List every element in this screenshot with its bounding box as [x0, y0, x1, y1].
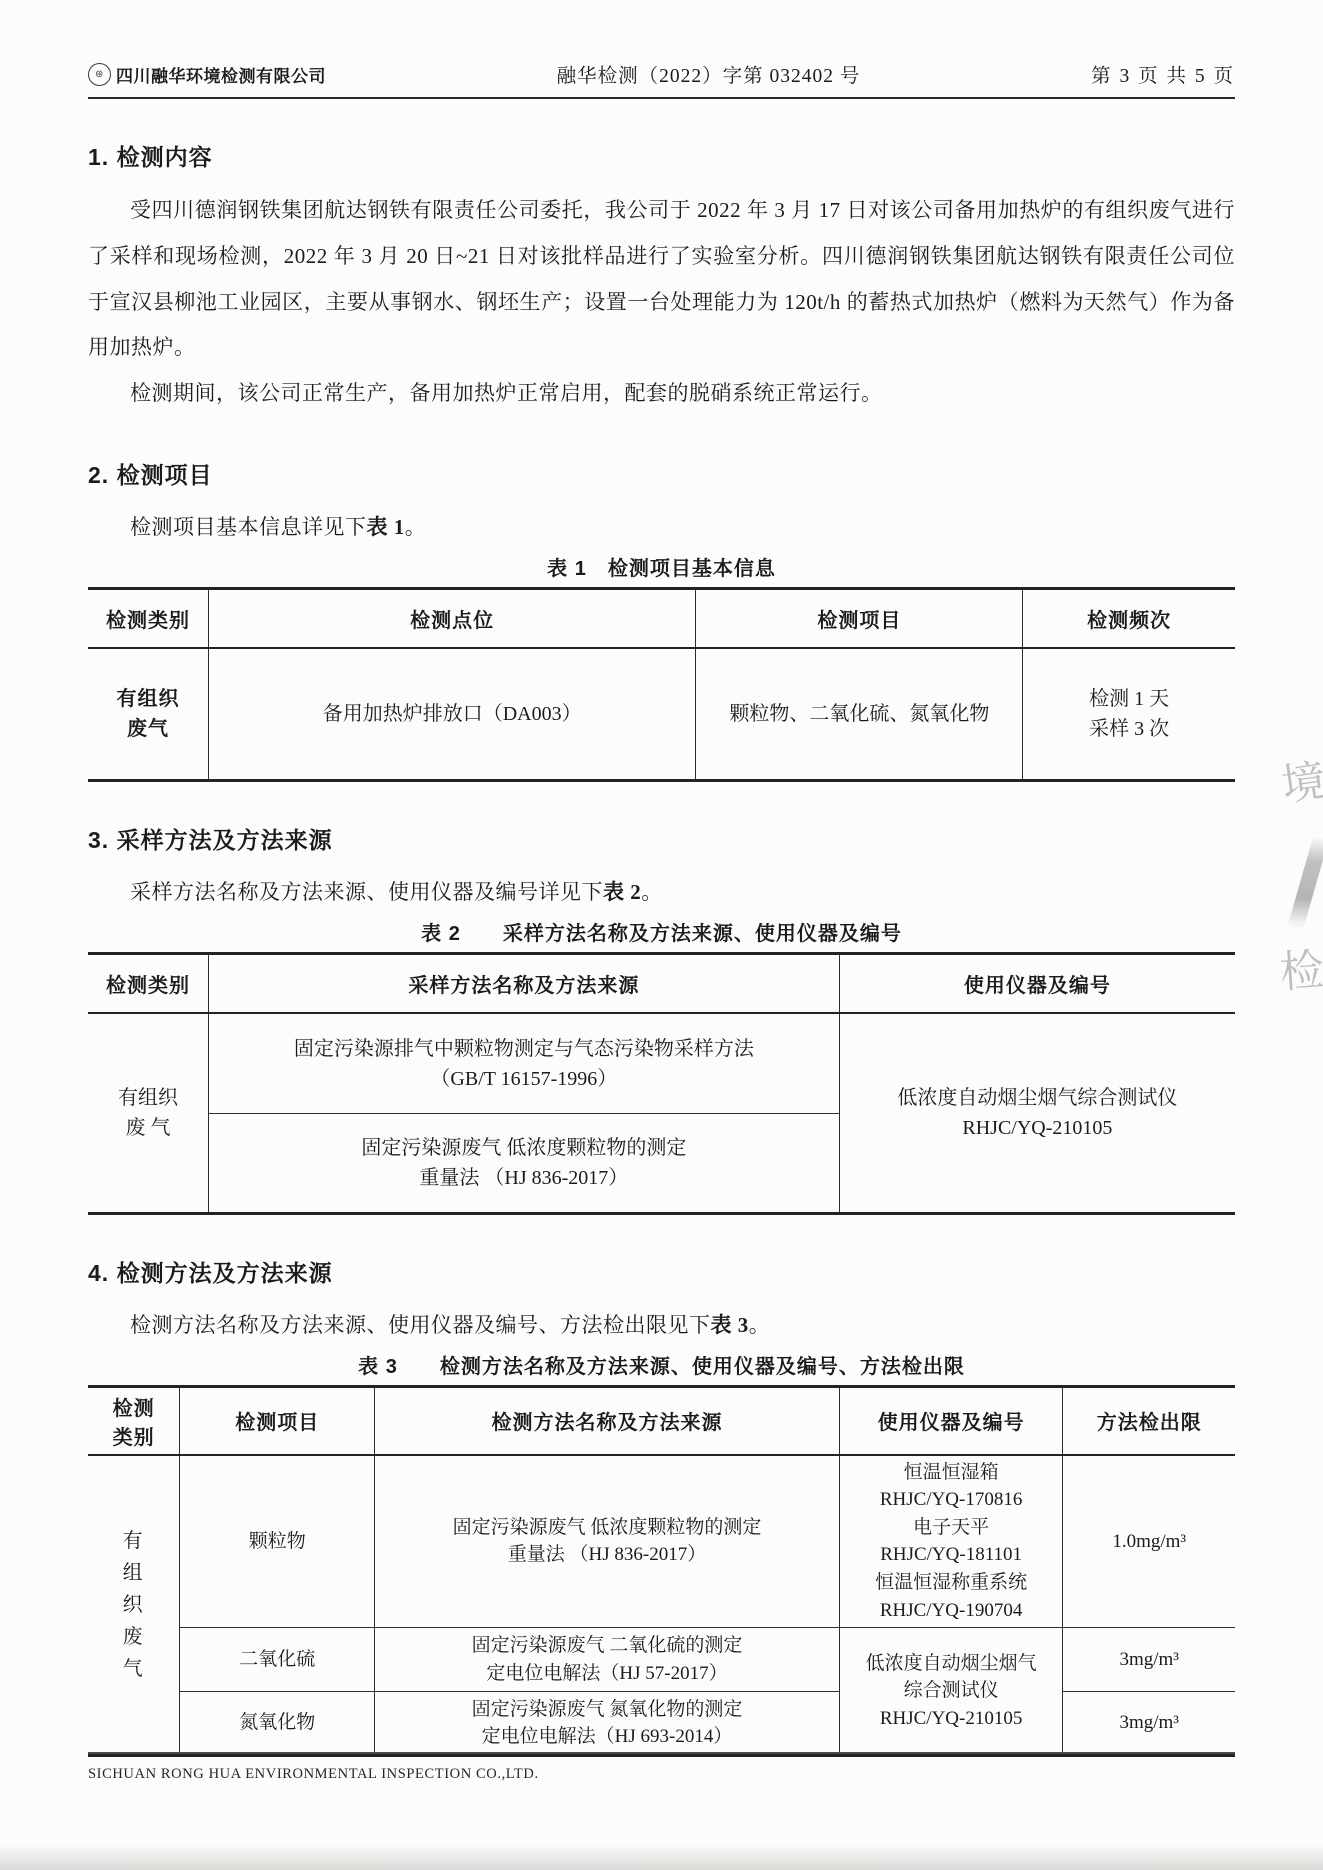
section4-intro-text: 检测方法名称及方法来源、使用仪器及编号、方法检出限见下: [130, 1313, 711, 1337]
section3-intro: 采样方法名称及方法来源、使用仪器及编号详见下表 2。: [88, 871, 1235, 913]
table2-cell-method-1: 固定污染源排气中颗粒物测定与气态污染物采样方法 （GB/T 16157-1996…: [208, 1013, 839, 1113]
page-footer: SICHUAN RONG HUA ENVIRONMENTAL INSPECTIO…: [88, 1752, 1235, 1783]
section2-intro: 检测项目基本信息详见下表 1。: [88, 506, 1235, 548]
table3-caption: 表 3 检测方法名称及方法来源、使用仪器及编号、方法检出限: [88, 1350, 1235, 1379]
table1-row: 有组织 废气 备用加热炉排放口（DA003） 颗粒物、二氧化硫、氮氧化物 检测 …: [88, 648, 1235, 780]
section3-title: 3. 采样方法及方法来源: [88, 822, 1235, 855]
table2-header-method: 采样方法名称及方法来源: [208, 953, 839, 1013]
table3-row-nox: 氮氧化物 固定污染源废气 氮氧化物的测定 定电位电解法（HJ 693-2014）…: [88, 1692, 1235, 1756]
page-number: 第 3 页 共 5 页: [1091, 60, 1235, 88]
table1-cell-items: 颗粒物、二氧化硫、氮氧化物: [696, 648, 1023, 780]
table3-reference: 表 3: [711, 1313, 749, 1337]
stamp-character-icon: 检: [1274, 948, 1323, 996]
section3-intro-end: 。: [641, 880, 663, 904]
header-company: ⊛ 四川融华环境检测有限公司: [88, 62, 326, 87]
table3-cell-method-3: 固定污染源废气 氮氧化物的测定 定电位电解法（HJ 693-2014）: [375, 1692, 840, 1756]
table1-header-frequency: 检测频次: [1023, 588, 1235, 648]
section1-title: 1. 检测内容: [88, 139, 1235, 172]
table1: 检测类别 检测点位 检测项目 检测频次 有组织 废气 备用加热炉排放口（DA00…: [88, 587, 1235, 782]
table2-cell-method-2: 固定污染源废气 低浓度颗粒物的测定 重量法 （HJ 836-2017）: [208, 1113, 839, 1213]
table1-header-category: 检测类别: [88, 588, 208, 648]
table1-header-row: 检测类别 检测点位 检测项目 检测频次: [88, 588, 1235, 648]
table1-cell-category: 有组织 废气: [88, 648, 208, 780]
table2-header-row: 检测类别 采样方法名称及方法来源 使用仪器及编号: [88, 953, 1235, 1013]
section1-paragraph-1: 受四川德润钢铁集团航达钢铁有限责任公司委托，我公司于 2022 年 3 月 17…: [88, 188, 1235, 371]
document-number: 融华检测（2022）字第 032402 号: [557, 60, 861, 88]
document-page: ⊛ 四川融华环境检测有限公司 融华检测（2022）字第 032402 号 第 3…: [0, 0, 1323, 1870]
table3-row-so2: 二氧化硫 固定污染源废气 二氧化硫的测定 定电位电解法（HJ 57-2017） …: [88, 1628, 1235, 1692]
table2-row-1: 有组织 废 气 固定污染源排气中颗粒物测定与气态污染物采样方法 （GB/T 16…: [88, 1013, 1235, 1113]
table1-header-point: 检测点位: [208, 588, 695, 648]
section2-title: 2. 检测项目: [88, 457, 1235, 490]
table3-cell-category: 有 组 织 废 气: [88, 1455, 180, 1756]
table1-cell-point: 备用加热炉排放口（DA003）: [208, 648, 695, 780]
table3-header-instrument: 使用仪器及编号: [839, 1386, 1063, 1455]
table3-cell-item-3: 氮氧化物: [180, 1692, 375, 1756]
section1-paragraph-2: 检测期间，该公司正常生产，备用加热炉正常启用，配套的脱硝系统正常运行。: [88, 371, 1235, 417]
table1-reference: 表 1: [367, 515, 405, 539]
section4-intro: 检测方法名称及方法来源、使用仪器及编号、方法检出限见下表 3。: [88, 1304, 1235, 1346]
table3-cell-item-1: 颗粒物: [180, 1455, 375, 1628]
table3-header-method: 检测方法名称及方法来源: [375, 1386, 840, 1455]
table3-cell-limit-1: 1.0mg/m³: [1063, 1455, 1235, 1628]
table2-cell-category: 有组织 废 气: [88, 1013, 208, 1213]
section4-intro-end: 。: [749, 1313, 771, 1337]
table3-cell-instrument-merged: 低浓度自动烟尘烟气 综合测试仪 RHJC/YQ-210105: [839, 1628, 1063, 1756]
scan-shadow: [0, 1844, 1323, 1870]
table3-header-category: 检测 类别: [88, 1386, 180, 1455]
table3-cell-method-1: 固定污染源废气 低浓度颗粒物的测定 重量法 （HJ 836-2017）: [375, 1455, 840, 1628]
table3-cell-item-2: 二氧化硫: [180, 1628, 375, 1692]
table3-row-particulate: 有 组 织 废 气 颗粒物 固定污染源废气 低浓度颗粒物的测定 重量法 （HJ …: [88, 1455, 1235, 1628]
footer-company-english: SICHUAN RONG HUA ENVIRONMENTAL INSPECTIO…: [88, 1766, 539, 1782]
table2-reference: 表 2: [603, 880, 641, 904]
section2-intro-end: 。: [405, 515, 427, 539]
table3-header-item: 检测项目: [180, 1386, 375, 1455]
table3-cell-method-2: 固定污染源废气 二氧化硫的测定 定电位电解法（HJ 57-2017）: [375, 1628, 840, 1692]
table3-header-row: 检测 类别 检测项目 检测方法名称及方法来源 使用仪器及编号 方法检出限: [88, 1386, 1235, 1455]
stamp-brush-stroke-icon: [1288, 832, 1323, 928]
table2-cell-instrument: 低浓度自动烟尘烟气综合测试仪 RHJC/YQ-210105: [839, 1013, 1235, 1213]
company-name: 四川融华环境检测有限公司: [116, 62, 326, 87]
table2: 检测类别 采样方法名称及方法来源 使用仪器及编号 有组织 废 气 固定污染源排气…: [88, 952, 1235, 1215]
company-seal-logo-icon: ⊛: [88, 63, 111, 86]
table3-cell-instrument-1: 恒温恒湿箱 RHJC/YQ-170816 电子天平 RHJC/YQ-181101…: [839, 1455, 1063, 1628]
section3-intro-text: 采样方法名称及方法来源、使用仪器及编号详见下: [130, 880, 603, 904]
table2-header-instrument: 使用仪器及编号: [839, 953, 1235, 1013]
table3-cell-limit-2: 3mg/m³: [1063, 1628, 1235, 1692]
table1-cell-frequency: 检测 1 天 采样 3 次: [1023, 648, 1235, 780]
page-header: ⊛ 四川融华环境检测有限公司 融华检测（2022）字第 032402 号 第 3…: [88, 60, 1235, 99]
stamp-watermark: 境 检: [1265, 762, 1323, 994]
table2-caption: 表 2 采样方法名称及方法来源、使用仪器及编号: [88, 917, 1235, 946]
stamp-character-icon: 境: [1276, 759, 1323, 810]
section2-intro-text: 检测项目基本信息详见下: [130, 515, 367, 539]
table2-header-category: 检测类别: [88, 953, 208, 1013]
table3-header-limit: 方法检出限: [1063, 1386, 1235, 1455]
section4-title: 4. 检测方法及方法来源: [88, 1255, 1235, 1288]
table3-cell-limit-3: 3mg/m³: [1063, 1692, 1235, 1756]
table3: 检测 类别 检测项目 检测方法名称及方法来源 使用仪器及编号 方法检出限 有 组…: [88, 1385, 1235, 1757]
table1-caption: 表 1 检测项目基本信息: [88, 552, 1235, 581]
table1-header-items: 检测项目: [696, 588, 1023, 648]
